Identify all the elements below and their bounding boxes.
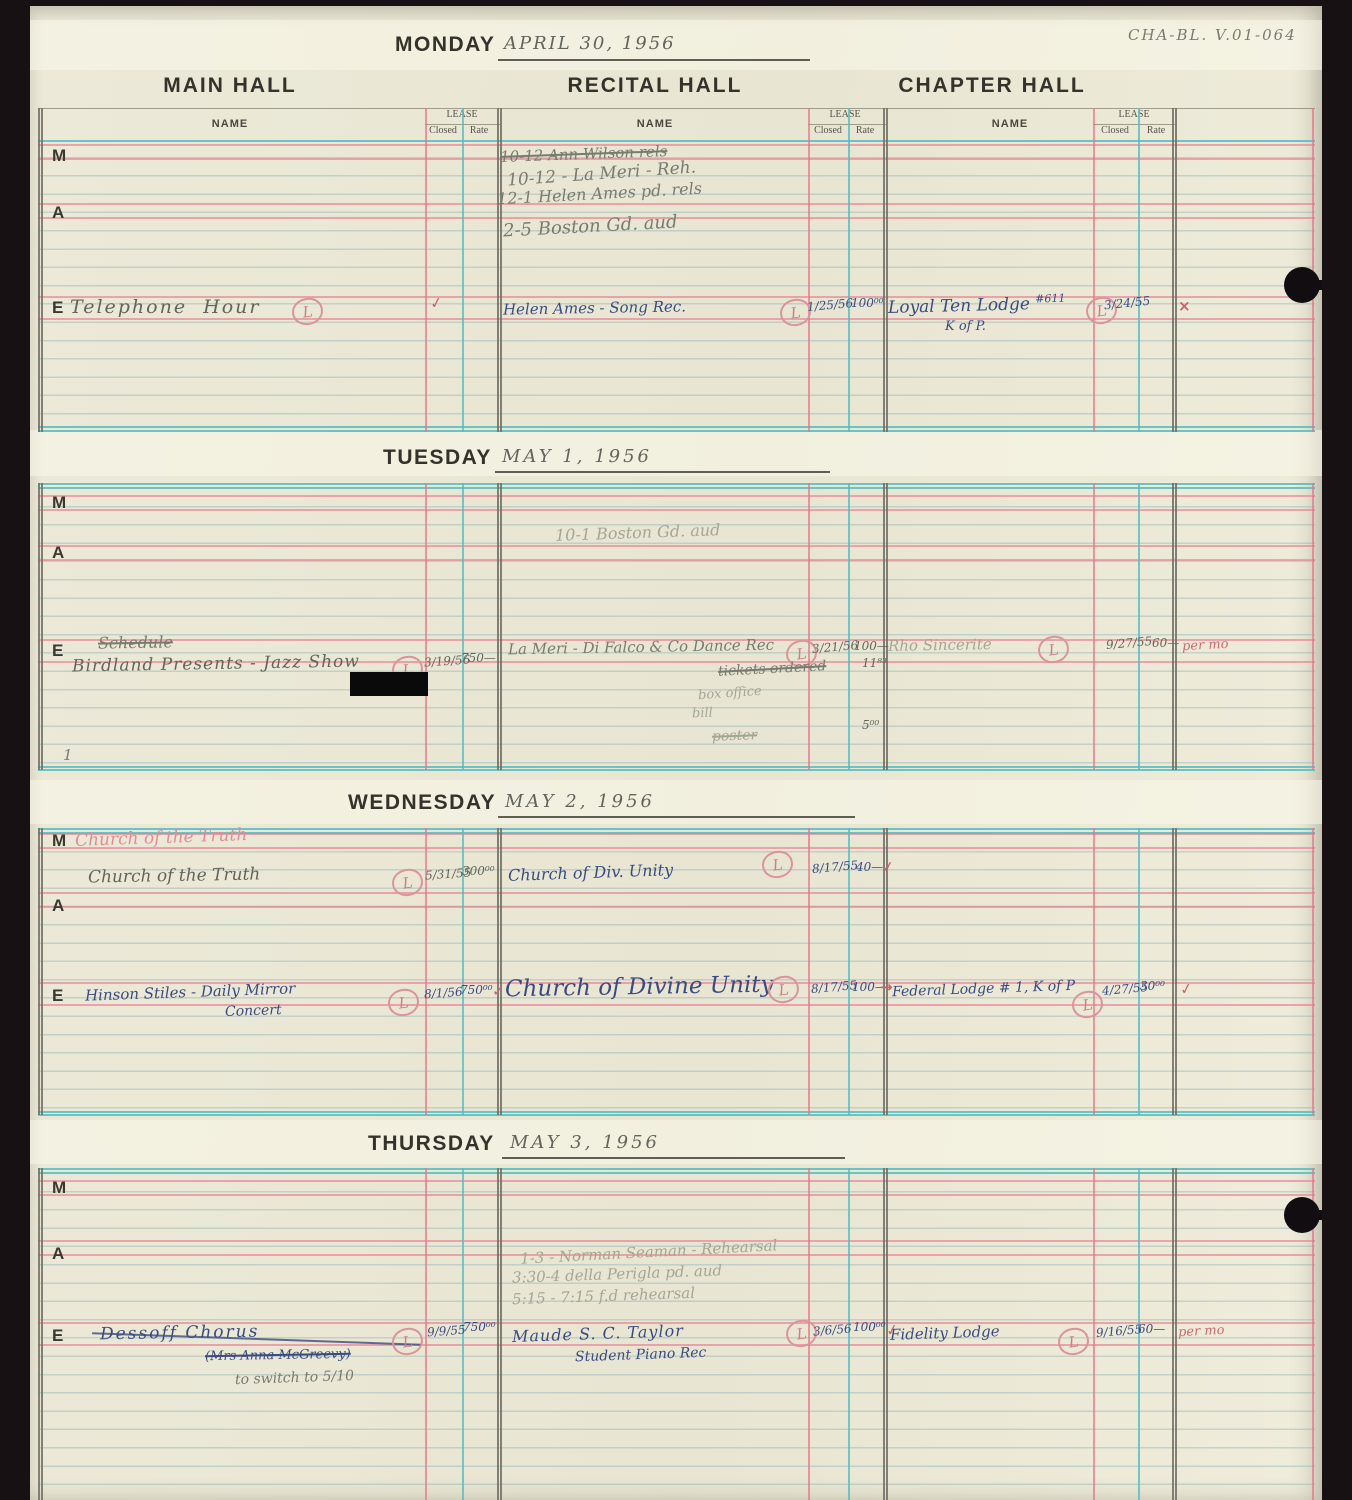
name-header-chapter: NAME [992, 118, 1028, 130]
grid-column-line [41, 108, 43, 432]
lease-rate: 750⁰⁰ [460, 983, 493, 997]
grid-column-line [808, 108, 810, 432]
grid-line [38, 1194, 1315, 1196]
lease-closed-date: 9/9/55 [427, 1323, 467, 1340]
grid-column-line [1093, 483, 1095, 770]
grid-column-line [883, 1168, 885, 1500]
row-label-morning: M [52, 493, 66, 513]
entry-main-evening-line2: Concert [225, 1002, 282, 1020]
row-label-afternoon: A [52, 203, 64, 223]
row-label-morning: M [52, 831, 66, 851]
row-label-evening: E [52, 986, 63, 1006]
day-title-tuesday: TUESDAY [383, 446, 492, 470]
grid-column-line [1093, 108, 1095, 432]
grid-line [38, 483, 1315, 485]
grid-column-line [886, 483, 888, 770]
grid-column-line [38, 1168, 40, 1500]
rate-period-note: per mo [1178, 1323, 1225, 1340]
rate-header-chapter: Rate [1147, 125, 1165, 136]
grid-line [38, 847, 1315, 849]
entry-main-evening-line2: (Mrs Anna McGreevy) [205, 1347, 351, 1365]
entry-recital-evening: Church of Divine Unity [505, 972, 774, 1003]
grid-line [38, 545, 1315, 547]
grid-line [38, 144, 1315, 146]
grid-column-line [1312, 483, 1314, 770]
rate-period-note: per mo [1182, 637, 1229, 654]
entry-note: bill [692, 706, 713, 722]
grid-column-line [462, 108, 464, 432]
redaction-box [350, 672, 428, 696]
grid-line [38, 509, 1315, 511]
grid-line [38, 203, 1315, 205]
entry-main-morning: Church of the Truth [88, 864, 261, 887]
arrow-mark-icon: → [880, 978, 893, 996]
grid-line [38, 769, 1315, 771]
entry-chapter-evening: Rho Sincerite [888, 635, 992, 655]
entry-chapter-evening: Fidelity Lodge [890, 1322, 1000, 1344]
grid-column-line [425, 483, 427, 770]
day-date-tuesday: MAY 1, 1956 [502, 446, 652, 467]
grid-line [38, 1180, 1315, 1182]
lease-rate: 100⁰⁰ [853, 1320, 886, 1334]
hall-title-chapter: CHAPTER HALL [898, 74, 1085, 98]
row-label-evening: E [52, 641, 63, 661]
grid-column-line [462, 483, 464, 770]
grid-column-line [497, 483, 499, 770]
grid-line [38, 1168, 1315, 1170]
lease-rate: 60— [1138, 1322, 1165, 1336]
grid-column-line [497, 1168, 499, 1500]
row-label-morning: M [52, 1178, 66, 1198]
row-label-afternoon: A [52, 543, 64, 563]
lease-rate: 30⁰⁰ [1140, 979, 1165, 993]
grid-line [38, 140, 1315, 142]
grid-line [38, 1111, 1315, 1113]
grid-column-line [1138, 483, 1140, 770]
lodge-org: K of P. [945, 319, 986, 334]
grid-column-line [883, 483, 885, 770]
entry-note: poster [712, 727, 758, 745]
day-date-thursday: MAY 3, 1956 [510, 1132, 660, 1153]
grid-line [38, 1114, 1315, 1116]
date-underline [502, 1157, 845, 1159]
row-label-morning: M [52, 146, 66, 166]
grid-column-line [886, 108, 888, 432]
day-title-monday: MONDAY [395, 33, 495, 57]
grid-line [38, 892, 1315, 894]
grid-column-line [41, 828, 43, 1115]
date-underline [495, 471, 830, 473]
day-title-wednesday: WEDNESDAY [348, 791, 496, 815]
lease-rate: 100⁰⁰ [851, 296, 884, 310]
grid-column-line [1172, 828, 1174, 1115]
grid-column-line [808, 828, 810, 1115]
rate-header-recital: Rate [856, 125, 874, 136]
hall-title-recital: RECITAL HALL [568, 74, 743, 98]
check-mark-icon: ✓ [492, 982, 505, 1000]
date-underline [498, 816, 855, 818]
grid-line [38, 1172, 1315, 1174]
entry-main-evening-struck: Schedule [98, 632, 173, 652]
grid-column-line [1172, 1168, 1174, 1500]
grid-column-line [1172, 108, 1174, 432]
grid-column-line [1312, 828, 1314, 1115]
grid-column-line [1175, 108, 1177, 432]
grid-column-line [38, 483, 40, 770]
lease-rate: 100— [854, 639, 889, 653]
grid-column-line [883, 108, 885, 432]
lease-rate: 750— [461, 651, 496, 665]
lease-header-recital: LEASE [829, 109, 860, 120]
grid-column-line [1138, 828, 1140, 1115]
lease-rate: 300⁰⁰ [462, 864, 495, 878]
grid-column-line [1093, 828, 1095, 1115]
monday-grid: NAME NAME NAME LEASE Closed Rate LEASE C… [38, 108, 1315, 432]
date-underline [498, 59, 810, 61]
grid-column-line [1093, 1168, 1095, 1500]
hall-title-main: MAIN HALL [163, 74, 296, 98]
punch-hole-slot [1302, 280, 1322, 290]
row-label-afternoon: A [52, 896, 64, 916]
grid-column-line [425, 108, 427, 432]
grid-column-line [1175, 483, 1177, 770]
amount-note: 5⁰⁰ [862, 718, 879, 732]
amount-note: 11⁸³ [862, 656, 887, 670]
row-label-evening: E [52, 1326, 63, 1346]
grid-column-line [38, 828, 40, 1115]
scanned-ledger-screenshot: { "archive_code": "CHA-BL. V.01-064", "m… [0, 0, 1352, 1500]
grid-column-line [848, 483, 850, 770]
name-header-recital: NAME [637, 118, 673, 130]
lodge-number: #611 [1035, 292, 1066, 306]
name-header-main: NAME [212, 118, 248, 130]
grid-column-line [38, 108, 40, 432]
lease-rate: 60— [1152, 636, 1179, 650]
row-label-evening: E [52, 298, 63, 318]
margin-note: 1 [63, 746, 73, 764]
grid-column-line [500, 828, 502, 1115]
grid-line [38, 430, 1315, 432]
grid-column-line [500, 483, 502, 770]
grid-column-line [500, 1168, 502, 1500]
grid-column-line [41, 483, 43, 770]
day-date-wednesday: MAY 2, 1956 [505, 791, 655, 812]
punch-hole-slot [1302, 1210, 1322, 1220]
grid-column-line [41, 1168, 43, 1500]
closed-header-main: Closed [429, 125, 457, 136]
closed-header-recital: Closed [814, 125, 842, 136]
grid-line [38, 559, 1315, 561]
row-label-afternoon: A [52, 1244, 64, 1264]
lease-rate: 750⁰⁰ [463, 1320, 496, 1334]
lodge-name: Loyal Ten Lodge [888, 294, 1030, 318]
x-mark-icon: × [1178, 297, 1191, 315]
grid-line [38, 487, 1315, 489]
grid-column-line [848, 108, 850, 432]
entry-main-evening: Telephone Hour [70, 296, 260, 318]
grid-column-line [1172, 483, 1174, 770]
day-title-thursday: THURSDAY [368, 1132, 495, 1156]
grid-column-line [497, 108, 499, 432]
grid-line [38, 906, 1315, 908]
lease-header-chapter: LEASE [1118, 109, 1149, 120]
tuesday-header-band [30, 430, 1322, 476]
grid-column-line [808, 483, 810, 770]
grid-column-line [497, 828, 499, 1115]
day-date-monday: APRIL 30, 1956 [504, 33, 676, 54]
archive-code: CHA-BL. V.01-064 [1128, 26, 1297, 44]
lease-rate: 40— [856, 860, 883, 874]
grid-column-line [1175, 1168, 1177, 1500]
lease-closed-date: 8/1/56 [424, 985, 464, 1002]
ledger-page: CHA-BL. V.01-064 MONDAY APRIL 30, 1956 M… [30, 6, 1322, 1500]
grid-line [38, 495, 1315, 497]
grid-line [38, 318, 1315, 320]
closed-header-chapter: Closed [1101, 125, 1129, 136]
grid-column-line [1175, 828, 1177, 1115]
grid-column-line [1138, 108, 1140, 432]
grid-line [38, 426, 1315, 428]
rate-header-main: Rate [470, 125, 488, 136]
entry-recital-evening: Helen Ames - Song Rec. [503, 297, 686, 318]
grid-line [38, 766, 1315, 768]
